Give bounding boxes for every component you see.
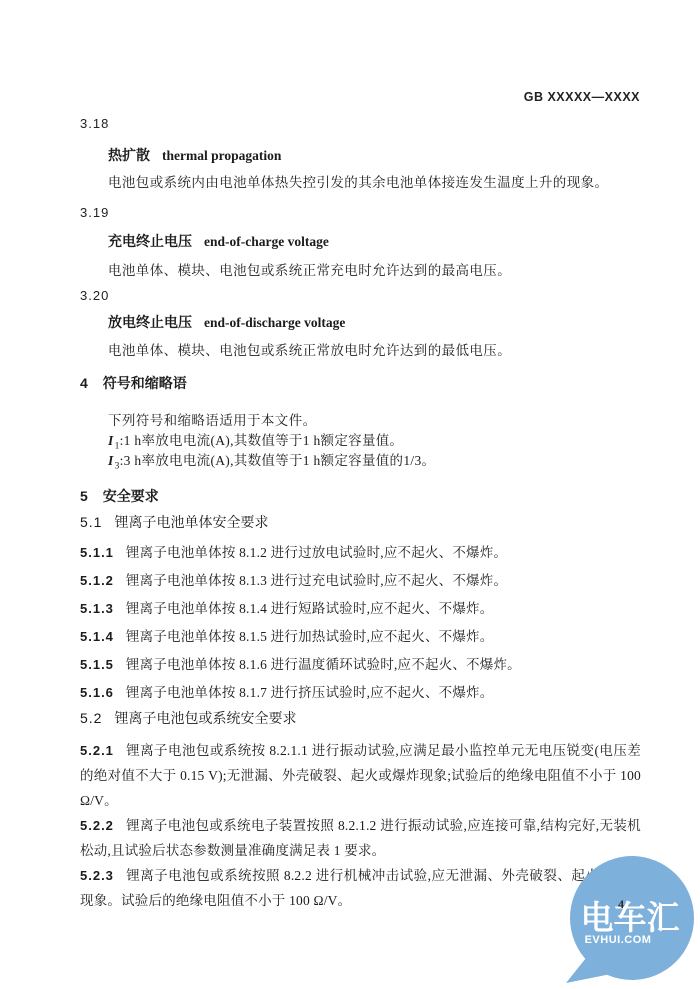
clause-number: 5.1.4: [80, 629, 114, 644]
clause-paragraph: 5.1.2锂离子电池单体按 8.1.3 进行过充电试验时,应不起火、不爆炸。: [80, 572, 641, 589]
term-line: 充电终止电压 end-of-charge voltage: [80, 233, 641, 249]
subsection-heading-5-1: 5.1锂离子电池单体安全要求: [80, 514, 641, 531]
clause-number: 5.1.3: [80, 601, 114, 616]
subsection-number: 5.2: [80, 710, 102, 726]
term-definition: 电池包或系统内由电池单体热失控引发的其余电池单体接连发生温度上升的现象。: [80, 174, 641, 191]
section4-intro: 下列符号和缩略语适用于本文件。: [80, 412, 641, 429]
clause-paragraph: 5.1.5锂离子电池单体按 8.1.6 进行温度循环试验时,应不起火、不爆炸。: [80, 656, 641, 673]
clause-number: 5.1.2: [80, 573, 114, 588]
term-english: end-of-discharge voltage: [204, 315, 345, 330]
term-chinese: 充电终止电压: [108, 233, 192, 249]
term-chinese: 热扩散: [108, 147, 150, 163]
section-heading-4: 4符号和缩略语: [80, 375, 641, 392]
evhui-watermark-logo: 电车汇 EVHUI.COM: [556, 855, 700, 989]
section-number: 4: [80, 375, 89, 391]
term-chinese: 放电终止电压: [108, 314, 192, 330]
symbol-definition: I3:3 h率放电电流(A),其数值等于1 h额定容量值的1/3。: [80, 452, 641, 469]
document-body: 3.18 热扩散 thermal propagation 电池包或系统内由电池单…: [80, 110, 641, 913]
subsection-title: 锂离子电池单体安全要求: [114, 514, 268, 530]
clause-text: 锂离子电池单体按 8.1.7 进行挤压试验时,应不起火、不爆炸。: [126, 685, 494, 700]
symbol-description: :3 h率放电电流(A),其数值等于1 h额定容量值的1/3。: [120, 453, 436, 468]
clause-number: 5.1.1: [80, 545, 114, 560]
term-definition: 电池单体、模块、电池包或系统正常充电时允许达到的最高电压。: [80, 262, 641, 279]
clause-number: 5.1.6: [80, 685, 114, 700]
clause-text: 锂离子电池单体按 8.1.2 进行过放电试验时,应不起火、不爆炸。: [126, 545, 507, 560]
clause-paragraph: 5.1.4锂离子电池单体按 8.1.5 进行加热试验时,应不起火、不爆炸。: [80, 628, 641, 645]
clause-paragraph: 5.1.6锂离子电池单体按 8.1.7 进行挤压试验时,应不起火、不爆炸。: [80, 684, 641, 701]
subsection-number: 5.1: [80, 514, 102, 530]
section-number: 5: [80, 488, 89, 504]
subsection-heading-5-2: 5.2锂离子电池包或系统安全要求: [80, 710, 641, 727]
clause-paragraph: 5.1.1锂离子电池单体按 8.1.2 进行过放电试验时,应不起火、不爆炸。: [80, 544, 641, 561]
logo-text-en: EVHUI.COM: [585, 934, 652, 946]
speech-bubble-icon: 电车汇 EVHUI.COM: [556, 855, 700, 989]
symbol-definition: I1:1 h率放电电流(A),其数值等于1 h额定容量值。: [80, 432, 641, 449]
clause-number: 3.19: [80, 204, 641, 221]
section-heading-5: 5安全要求: [80, 488, 641, 505]
doc-code-header: GB XXXXX—XXXX: [524, 90, 640, 104]
term-english: end-of-charge voltage: [204, 234, 329, 249]
clause-text: 锂离子电池单体按 8.1.5 进行加热试验时,应不起火、不爆炸。: [126, 629, 494, 644]
clause-number: 3.18: [80, 115, 641, 132]
clause-number: 5.2.2: [80, 818, 114, 833]
term-line: 放电终止电压 end-of-discharge voltage: [80, 314, 641, 330]
clause-text: 锂离子电池包或系统电子装置按照 8.2.1.2 进行振动试验,应连接可靠,结构完…: [80, 818, 641, 858]
subsection-title: 锂离子电池包或系统安全要求: [114, 710, 296, 726]
clause-text: 锂离子电池单体按 8.1.4 进行短路试验时,应不起火、不爆炸。: [126, 601, 494, 616]
clause-text: 锂离子电池包或系统按 8.2.1.1 进行振动试验,应满足最小监控单元无电压锐变…: [80, 743, 641, 808]
term-definition: 电池单体、模块、电池包或系统正常放电时允许达到的最低电压。: [80, 342, 641, 359]
symbol-letter: I: [108, 453, 114, 468]
section-title: 符号和缩略语: [103, 375, 187, 391]
standard-document-page: GB XXXXX—XXXX 3.18 热扩散 thermal propagati…: [0, 0, 700, 989]
clause-text: 锂离子电池单体按 8.1.6 进行温度循环试验时,应不起火、不爆炸。: [126, 657, 521, 672]
clause-paragraph: 5.2.1锂离子电池包或系统按 8.2.1.1 进行振动试验,应满足最小监控单元…: [80, 738, 641, 813]
page-number: 4: [618, 897, 624, 912]
clause-paragraph: 5.1.3锂离子电池单体按 8.1.4 进行短路试验时,应不起火、不爆炸。: [80, 600, 641, 617]
clause-number: 3.20: [80, 287, 641, 304]
clause-number: 5.1.5: [80, 657, 114, 672]
section-title: 安全要求: [103, 488, 159, 504]
symbol-description: :1 h率放电电流(A),其数值等于1 h额定容量值。: [120, 433, 404, 448]
logo-text-cn: 电车汇: [581, 899, 680, 936]
clause-number: 5.2.1: [80, 743, 114, 758]
clause-text: 锂离子电池单体按 8.1.3 进行过充电试验时,应不起火、不爆炸。: [126, 573, 507, 588]
clause-number: 5.2.3: [80, 868, 114, 883]
term-english: thermal propagation: [162, 148, 281, 163]
term-line: 热扩散 thermal propagation: [80, 147, 641, 163]
symbol-letter: I: [108, 433, 114, 448]
